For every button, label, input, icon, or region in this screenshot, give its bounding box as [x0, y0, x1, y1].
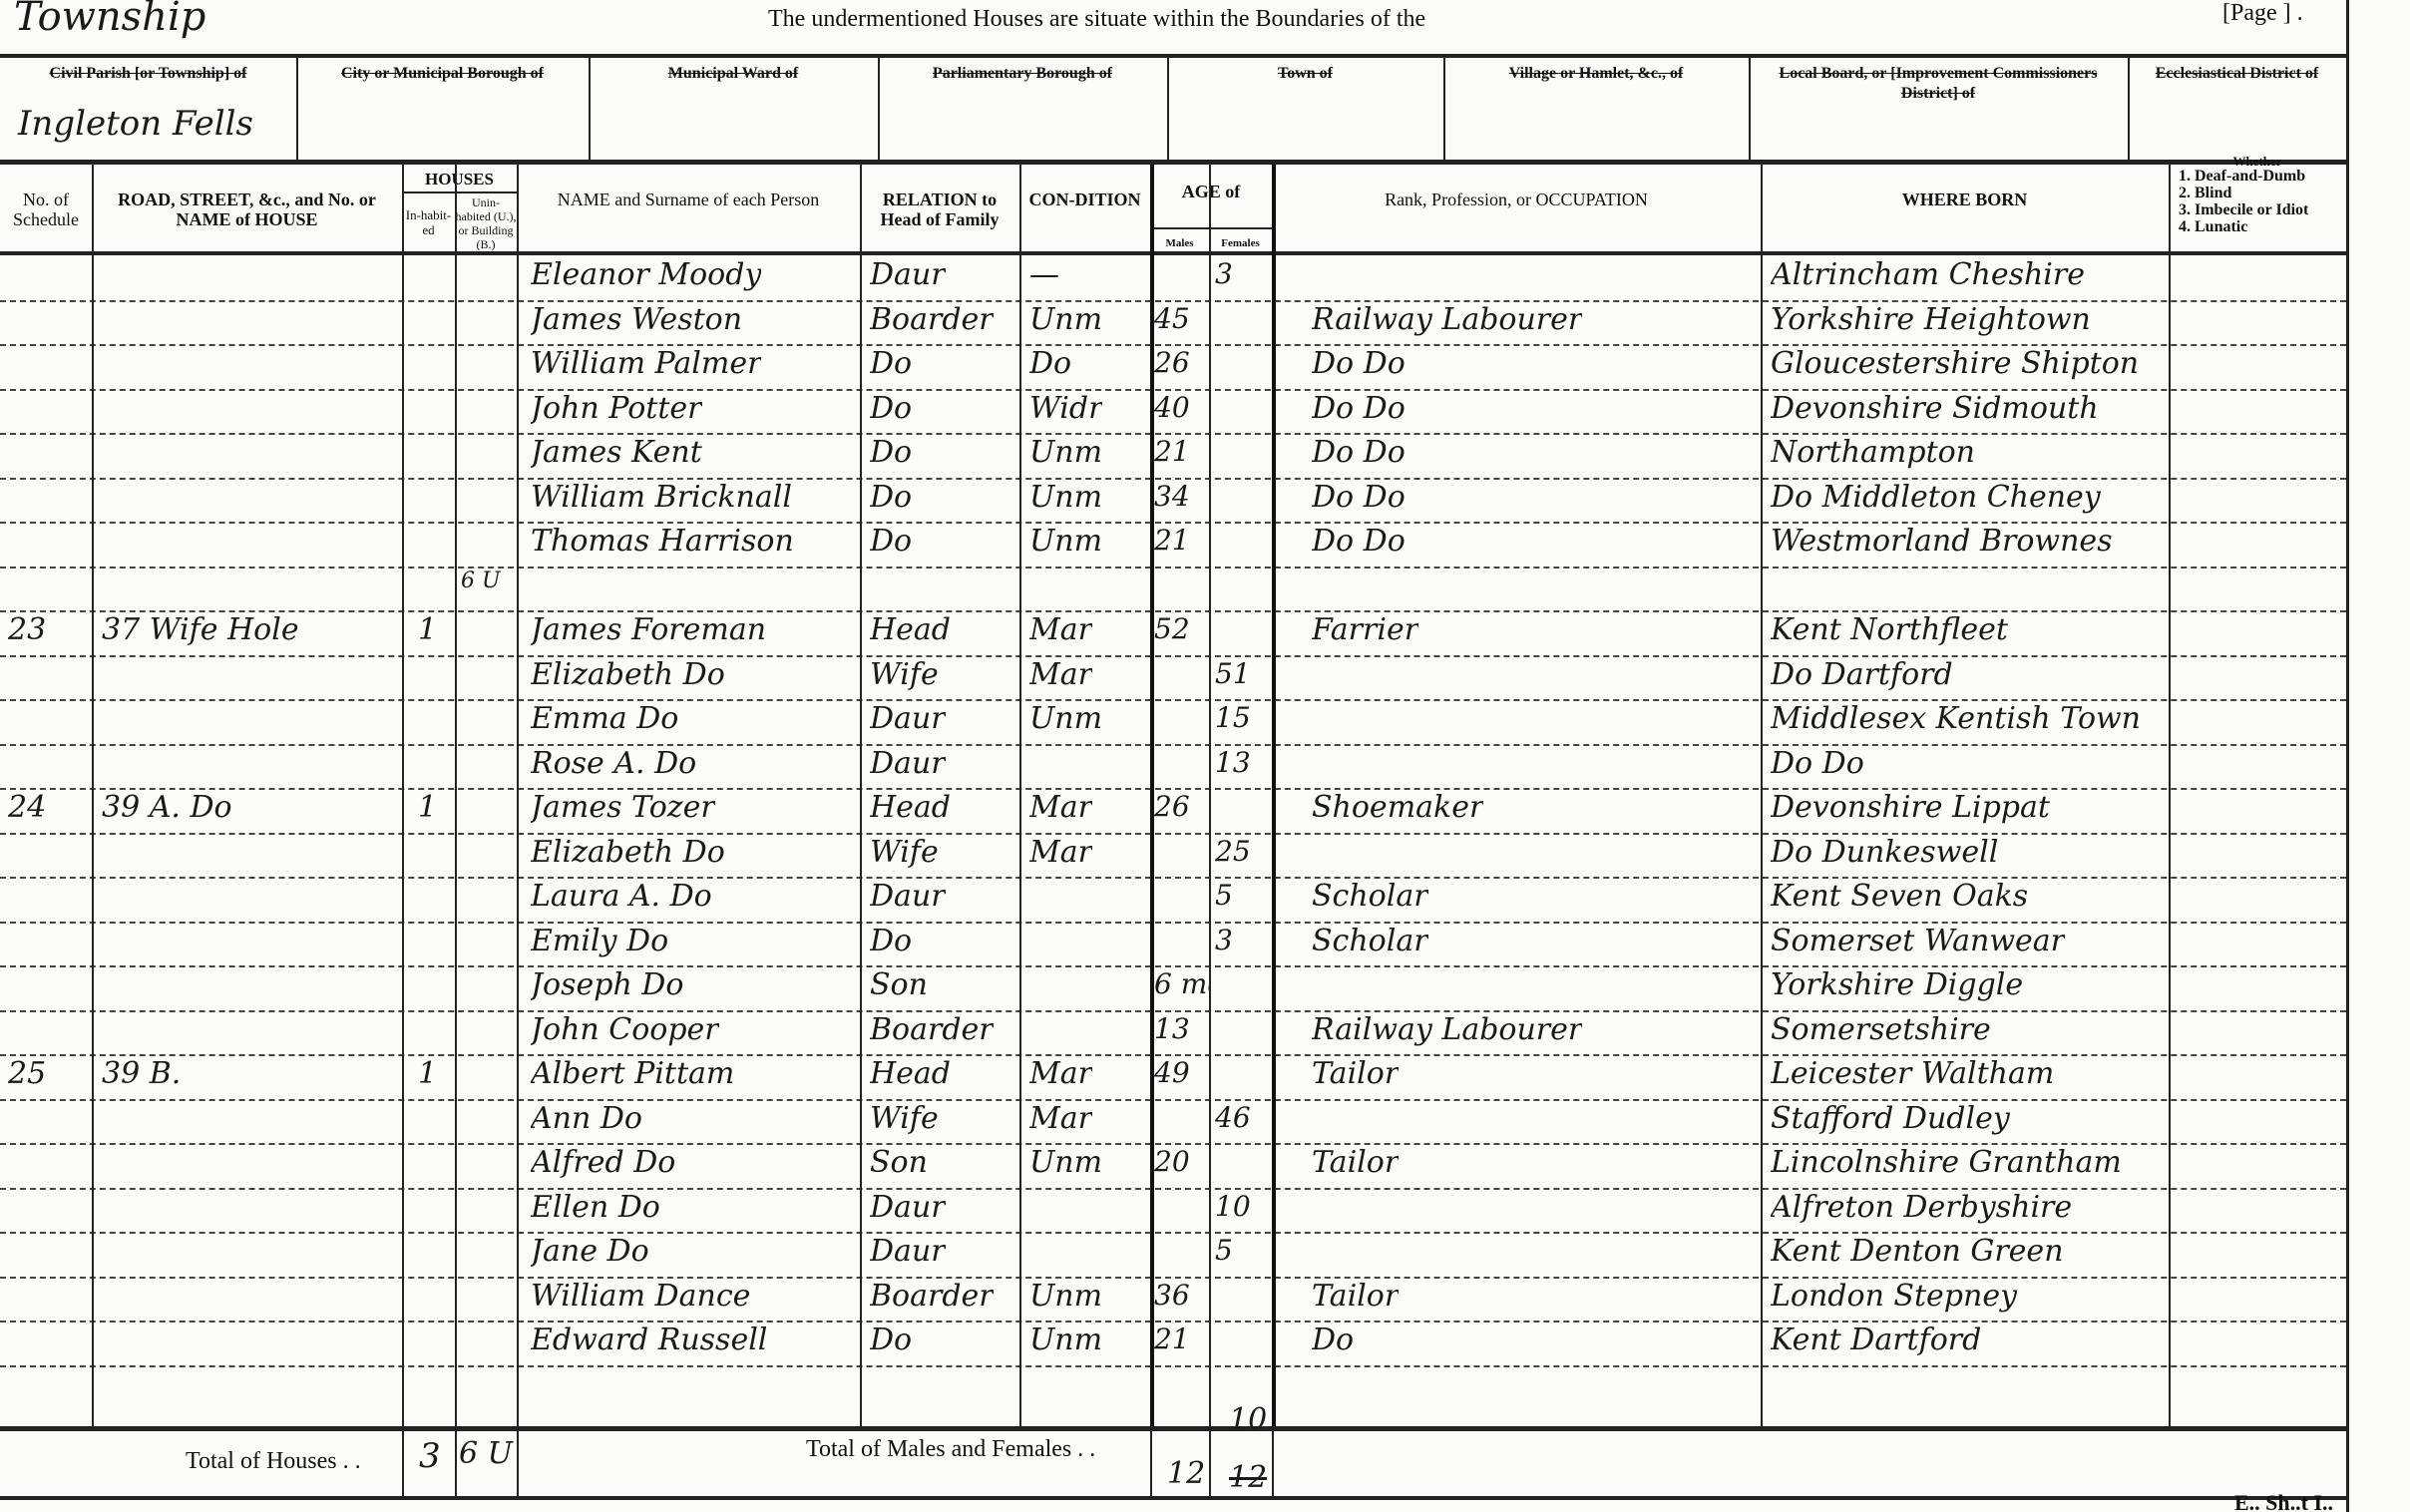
row-where-born: Westmorland Brownes [1771, 524, 2113, 559]
document-title: The undermentioned Houses are situate wi… [768, 6, 1425, 33]
boundary-value: Ingleton Fells [18, 104, 253, 144]
row-name: James Foreman [531, 612, 766, 647]
total-females: 10 [1229, 1402, 1267, 1437]
row-where-born: Kent Seven Oaks [1771, 879, 2028, 914]
row-name: Ann Do [531, 1101, 642, 1136]
boundary-label: Civil Parish [or Township] of [6, 64, 290, 84]
boundary-divider [1749, 56, 1751, 160]
row-name: Joseph Do [531, 967, 683, 1002]
row-name: Eleanor Moody [531, 257, 761, 292]
row-relation: Boarder [870, 302, 994, 337]
header-bottom-rule [0, 251, 2346, 255]
column-header-infirmity-item: 4. Lunatic [2179, 218, 2247, 236]
row-name: Elizabeth Do [531, 657, 725, 692]
row-schedule: 23 [8, 612, 46, 647]
row-name: Laura A. Do [531, 879, 712, 914]
row-where-born: Alfreton Derbyshire [1771, 1190, 2072, 1225]
row-road: 39 B. [102, 1056, 181, 1091]
row-schedule: 25 [8, 1056, 46, 1091]
column-header-where-born: WHERE BORN [1765, 189, 2165, 209]
column-header-condition: CON-DITION [1023, 189, 1146, 209]
column-divider [860, 164, 862, 1426]
total-divider [1209, 1426, 1211, 1496]
row-female-age: 3 [1215, 257, 1233, 290]
row-female-age: 3 [1215, 924, 1233, 956]
total-divider [402, 1426, 404, 1496]
row-occupation: Do Do [1312, 346, 1406, 381]
row-male-age: 45 [1154, 302, 1190, 335]
column-header-females: Females [1209, 233, 1272, 253]
row-where-born: Do Middleton Cheney [1771, 480, 2101, 515]
row-male-age: 21 [1154, 435, 1190, 468]
row-where-born: Lincolnshire Grantham [1771, 1145, 2122, 1180]
column-header-infirmity-item: 2. Blind [2179, 185, 2231, 202]
row-condition: Unm [1029, 480, 1102, 515]
row-condition: Mar [1029, 1101, 1092, 1136]
row-occupation: Railway Labourer [1312, 302, 1582, 337]
row-male-age: 26 [1154, 790, 1190, 823]
row-relation: Wife [870, 657, 939, 692]
row-relation: Head [870, 1056, 951, 1091]
column-divider [1019, 164, 1021, 1426]
row-relation: Head [870, 790, 951, 825]
row-condition: Do [1029, 346, 1071, 381]
row-name: John Cooper [531, 1012, 719, 1047]
row-relation: Son [870, 967, 928, 1002]
total-divider [517, 1426, 519, 1496]
row-road: 37 Wife Hole [102, 612, 299, 647]
row-condition: Unm [1029, 435, 1102, 470]
age-subrule [1150, 227, 1272, 229]
total-divider [455, 1426, 457, 1496]
row-condition: Mar [1029, 1056, 1092, 1091]
row-where-born: London Stepney [1771, 1279, 2017, 1314]
column-divider [1209, 164, 1211, 1426]
row-relation: Son [870, 1145, 928, 1180]
row-name: William Bricknall [531, 480, 792, 515]
row-name: Emma Do [531, 701, 678, 736]
column-header-uninhabited: Unin-habited (U.), or Building (B.) [455, 195, 517, 251]
row-where-born: Do Do [1771, 746, 1864, 781]
row-where-born: Northampton [1771, 435, 1975, 470]
row-where-born: Devonshire Lippat [1771, 790, 2050, 825]
row-rule [0, 655, 2346, 657]
row-male-age: 13 [1154, 1012, 1190, 1045]
column-divider [2169, 164, 2171, 1426]
row-name: William Palmer [531, 346, 761, 381]
row-relation: Daur [870, 746, 946, 781]
total-divider [1150, 1426, 1152, 1496]
row-condition: Unm [1029, 1145, 1102, 1180]
row-name: James Kent [531, 435, 702, 470]
row-condition: Mar [1029, 835, 1092, 870]
row-female-age: 25 [1215, 835, 1251, 868]
row-name: Jane Do [531, 1234, 649, 1269]
row-condition: Mar [1029, 657, 1092, 692]
boundary-divider [1443, 56, 1445, 160]
page-label: [Page ] . [2222, 0, 2303, 27]
row-occupation: Do Do [1312, 435, 1406, 470]
total-houses-inhabited: 3 [419, 1436, 441, 1476]
row-inhabited: 1 [418, 612, 437, 647]
row-where-born: Yorkshire Heightown [1771, 302, 2091, 337]
boundary-divider [878, 56, 880, 160]
column-header-name: NAME and Surname of each Person [521, 189, 856, 209]
row-female-age: 15 [1215, 701, 1251, 734]
total-persons-label: Total of Males and Females . . [806, 1436, 1095, 1463]
row-relation: Daur [870, 1234, 946, 1269]
census-page: Township The undermentioned Houses are s… [0, 0, 2410, 1512]
row-male-age: 20 [1154, 1145, 1190, 1178]
boundary-label: Ecclesiastical District of [2134, 64, 2340, 84]
row-name: Albert Pittam [531, 1056, 734, 1091]
row-occupation: Farrier [1312, 612, 1418, 647]
column-header-age: AGE of [1150, 182, 1272, 201]
row-name: Alfred Do [531, 1145, 675, 1180]
boundary-divider [2128, 56, 2130, 160]
row-rule [0, 744, 2346, 746]
column-divider [92, 164, 94, 1426]
column-header-inhabited: In-habit-ed [402, 207, 455, 237]
row-female-age: 13 [1215, 746, 1251, 779]
row-relation: Daur [870, 879, 946, 914]
row-condition: Unm [1029, 1323, 1102, 1357]
row-road: 39 A. Do [102, 790, 232, 825]
row-female-age: 51 [1215, 657, 1251, 690]
column-header-infirmity-item: 3. Imbecile or Idiot [2179, 201, 2308, 219]
column-divider [1272, 164, 1276, 1426]
row-occupation: Tailor [1312, 1056, 1399, 1091]
row-where-born: Middlesex Kentish Town [1771, 701, 2141, 736]
boundary-divider [296, 56, 298, 160]
row-where-born: Stafford Dudley [1771, 1101, 2010, 1136]
row-condition: Widr [1029, 391, 1102, 426]
boundary-label: City or Municipal Borough of [302, 64, 583, 84]
row-where-born: Kent Denton Green [1771, 1234, 2064, 1269]
row-male-age: 21 [1154, 1323, 1190, 1355]
boundary-divider [589, 56, 591, 160]
houses-subrule [402, 191, 517, 193]
column-header-males: Males [1150, 233, 1209, 253]
row-female-age: 46 [1215, 1101, 1251, 1134]
boundary-label: Local Board, or [Improvement Commissione… [1755, 64, 2122, 104]
row-relation: Wife [870, 1101, 939, 1136]
boundary-divider [1167, 56, 1169, 160]
row-name: James Weston [531, 302, 742, 337]
column-header-road: ROAD, STREET, &c., and No. or NAME of HO… [96, 189, 398, 229]
row-name: John Potter [531, 391, 702, 426]
row-where-born: Altrincham Cheshire [1771, 257, 2085, 292]
row-relation: Boarder [870, 1012, 994, 1047]
row-female-age: 5 [1215, 879, 1233, 912]
row-relation: Daur [870, 1190, 946, 1225]
row-name: Emily Do [531, 924, 668, 958]
column-divider [455, 164, 457, 1426]
row-relation: Do [870, 435, 912, 470]
total-houses-uninhabited: 6 U [459, 1436, 513, 1471]
column-header-relation: RELATION to Head of Family [864, 189, 1015, 229]
row-name: Thomas Harrison [531, 524, 794, 559]
row-occupation: Do Do [1312, 524, 1406, 559]
row-occupation: Scholar [1312, 924, 1428, 958]
row-condition: — [1029, 257, 1059, 292]
boundary-label: Parliamentary Borough of [884, 64, 1161, 84]
row-name: Edward Russell [531, 1323, 767, 1357]
row-occupation: Do Do [1312, 480, 1406, 515]
total-females-struck: 12 [1229, 1460, 1267, 1495]
row-occupation: Do [1312, 1323, 1354, 1357]
row-occupation: Tailor [1312, 1279, 1399, 1314]
row-rule [0, 1365, 2346, 1367]
row-where-born: Kent Northfleet [1771, 612, 2008, 647]
row-where-born: Leicester Waltham [1771, 1056, 2054, 1091]
column-header-infirmity-item: 1. Deaf-and-Dumb [2179, 168, 2305, 186]
row-male-age: 21 [1154, 524, 1190, 557]
row-occupation: Tailor [1312, 1145, 1399, 1180]
row-relation: Do [870, 924, 912, 958]
row-occupation: Shoemaker [1312, 790, 1483, 825]
boundary-bottom-rule [0, 160, 2346, 165]
column-divider [402, 164, 404, 1426]
boundary-label: Municipal Ward of [595, 64, 872, 84]
total-divider [1272, 1426, 1274, 1496]
row-male-age: 34 [1154, 480, 1190, 513]
boundary-top-rule [0, 54, 2346, 58]
row-occupation: Do Do [1312, 391, 1406, 426]
row-name: Rose A. Do [531, 746, 696, 781]
row-occupation: Railway Labourer [1312, 1012, 1582, 1047]
row-relation: Daur [870, 257, 946, 292]
row-male-age: 36 [1154, 1279, 1190, 1312]
row-condition: Mar [1029, 612, 1092, 647]
column-header-occupation: Rank, Profession, or OCCUPATION [1276, 189, 1757, 209]
total-top-rule [0, 1426, 2346, 1431]
row-male-age: 49 [1154, 1056, 1190, 1089]
row-schedule: 24 [8, 790, 46, 825]
row-relation: Do [870, 1323, 912, 1357]
row-relation: Daur [870, 701, 946, 736]
row-male-age: 52 [1154, 612, 1190, 645]
row-where-born: Somerset Wanwear [1771, 924, 2065, 958]
row-relation: Boarder [870, 1279, 994, 1314]
row-inhabited: 1 [418, 790, 437, 825]
row-relation: Wife [870, 835, 939, 870]
row-uninhabited: 6 U [461, 568, 501, 593]
row-name: Elizabeth Do [531, 835, 725, 870]
row-inhabited: 1 [418, 1056, 437, 1091]
row-name: William Dance [531, 1279, 750, 1314]
row-condition: Unm [1029, 701, 1102, 736]
row-female-age: 5 [1215, 1234, 1233, 1267]
row-where-born: Somersetshire [1771, 1012, 1991, 1047]
row-where-born: Gloucestershire Shipton [1771, 346, 2139, 381]
boundary-label: Village or Hamlet, &c., of [1449, 64, 1743, 84]
row-condition: Unm [1029, 524, 1102, 559]
boundary-label: Town of [1173, 64, 1437, 84]
row-where-born: Do Dunkeswell [1771, 835, 1998, 870]
row-condition: Unm [1029, 1279, 1102, 1314]
row-condition: Mar [1029, 790, 1092, 825]
row-occupation: Scholar [1312, 879, 1428, 914]
column-divider [517, 164, 519, 1426]
row-relation: Do [870, 524, 912, 559]
row-relation: Do [870, 391, 912, 426]
township-note: Township [14, 0, 205, 40]
column-header-schedule: No. of Schedule [4, 189, 88, 229]
row-rule [0, 567, 2346, 568]
total-males: 12 [1167, 1456, 1205, 1491]
total-bottom-rule [0, 1496, 2346, 1500]
row-male-age: 40 [1154, 391, 1190, 424]
row-where-born: Kent Dartford [1771, 1323, 1981, 1357]
row-where-born: Devonshire Sidmouth [1771, 391, 2099, 426]
footer-fragment: E.. Sh..t I.. [2234, 1490, 2333, 1512]
row-name: James Tozer [531, 790, 715, 825]
total-houses-label: Total of Houses . . [186, 1448, 361, 1475]
row-where-born: Yorkshire Diggle [1771, 967, 2023, 1002]
row-relation: Do [870, 480, 912, 515]
row-female-age: 10 [1215, 1190, 1251, 1223]
page-right-edge [2346, 0, 2349, 1512]
row-male-age: 26 [1154, 346, 1190, 379]
column-divider [1761, 164, 1763, 1426]
row-relation: Head [870, 612, 951, 647]
column-header-houses: HOUSES [402, 170, 517, 189]
row-relation: Do [870, 346, 912, 381]
row-male-age: 6 mo. [1154, 967, 1209, 1000]
row-condition: Unm [1029, 302, 1102, 337]
row-where-born: Do Dartford [1771, 657, 1953, 692]
row-name: Ellen Do [531, 1190, 660, 1225]
